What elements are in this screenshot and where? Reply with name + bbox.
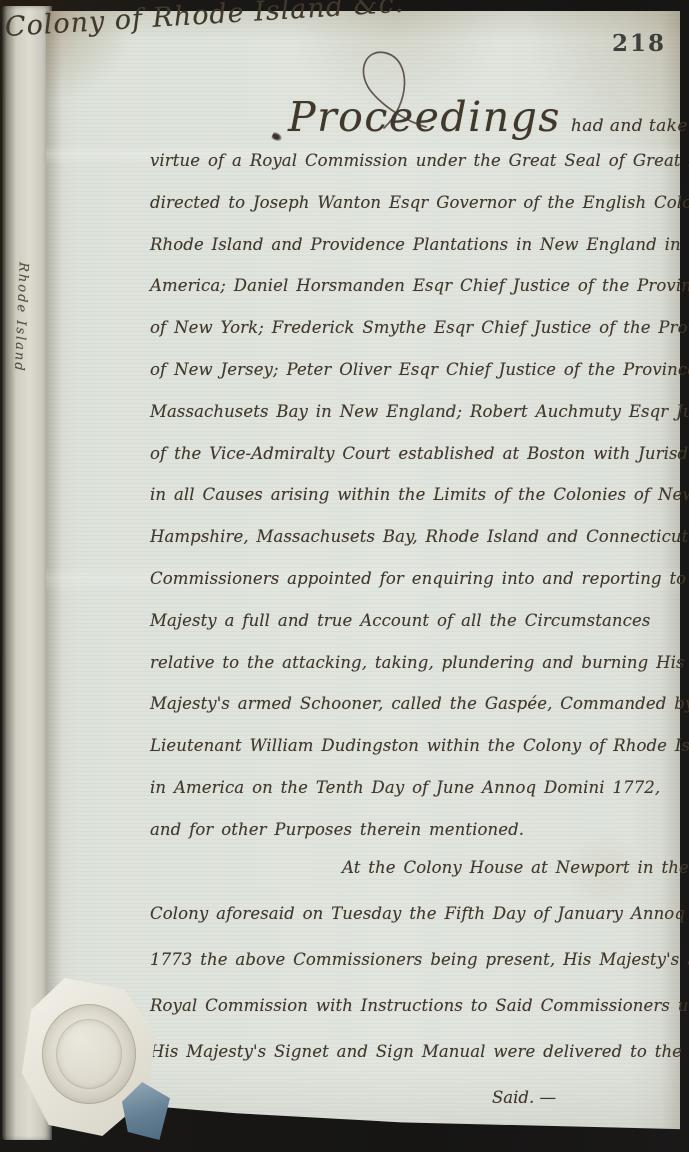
manuscript-line: Rhode Island and Providence Plantations … bbox=[150, 224, 689, 266]
seal-emboss-ring bbox=[56, 1019, 122, 1089]
manuscript-line: Majesty a full and true Account of all t… bbox=[150, 600, 689, 642]
paragraph-commission: virtue of a Royal Commission under the G… bbox=[150, 140, 689, 851]
manuscript-line: of New Jersey; Peter Oliver Esqr Chief J… bbox=[150, 349, 689, 391]
title-continuation: had and taken by — bbox=[571, 116, 689, 136]
title-row: Proceedings had and taken by — bbox=[288, 93, 689, 141]
manuscript-line: virtue of a Royal Commission under the G… bbox=[150, 140, 689, 182]
manuscript-line: Massachusets Bay in New England; Robert … bbox=[150, 391, 689, 433]
paragraph-session: At the Colony House at Newport in the — … bbox=[150, 845, 689, 1075]
manuscript-line: 1773 the above Commissioners being prese… bbox=[150, 937, 689, 983]
title-word: Proceedings bbox=[288, 93, 561, 141]
manuscript-line: America; Daniel Horsmanden Esqr Chief Ju… bbox=[150, 265, 689, 307]
catchword: Said. — bbox=[492, 1088, 556, 1107]
manuscript-line: His Majesty's Signet and Sign Manual wer… bbox=[150, 1029, 689, 1075]
paper-wafer-seal bbox=[22, 978, 156, 1136]
manuscript-line: of the Vice-Admiralty Court established … bbox=[150, 433, 689, 475]
manuscript-line: Majesty's armed Schooner, called the Gas… bbox=[150, 683, 689, 725]
manuscript-photo: Rhode Island Colony of Rhode Island &c. … bbox=[0, 0, 689, 1152]
manuscript-line: relative to the attacking, taking, plund… bbox=[150, 642, 689, 684]
manuscript-line: of New York; Frederick Smythe Esqr Chief… bbox=[150, 307, 689, 349]
manuscript-line: in all Causes arising within the Limits … bbox=[150, 474, 689, 516]
page-number: 218 bbox=[612, 30, 666, 57]
manuscript-line: Colony aforesaid on Tuesday the Fifth Da… bbox=[150, 891, 689, 937]
book-gutter-page-edge bbox=[2, 6, 52, 1140]
manuscript-line: At the Colony House at Newport in the — bbox=[150, 845, 689, 891]
manuscript-line: Commissioners appointed for enquiring in… bbox=[150, 558, 689, 600]
manuscript-line: Royal Commission with Instructions to Sa… bbox=[150, 983, 689, 1029]
manuscript-line: Hampshire, Massachusets Bay, Rhode Islan… bbox=[150, 516, 689, 558]
manuscript-line: in America on the Tenth Day of June Anno… bbox=[150, 767, 689, 809]
manuscript-line: directed to Joseph Wanton Esqr Governor … bbox=[150, 182, 689, 224]
manuscript-line: Lieutenant William Dudingston within the… bbox=[150, 725, 689, 767]
